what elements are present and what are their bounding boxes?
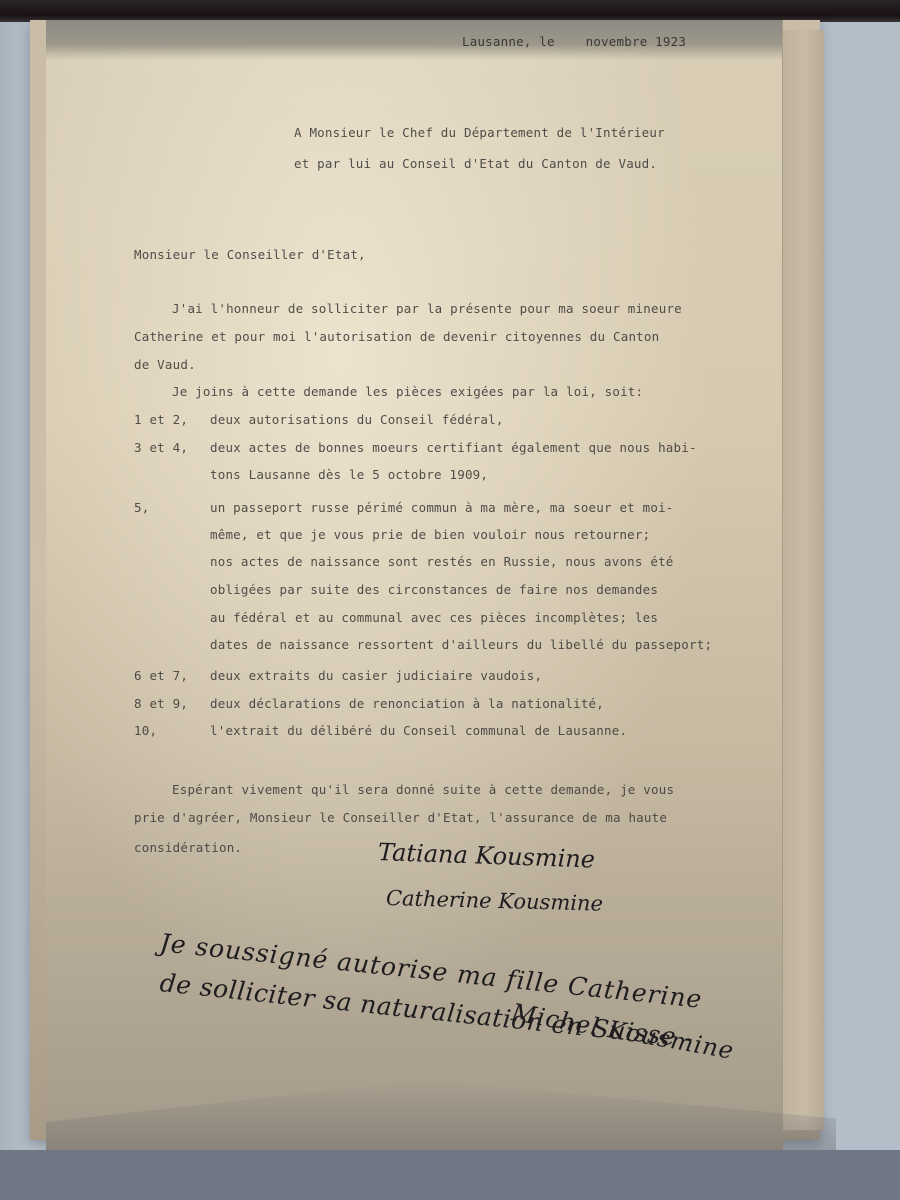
enclosure-number: 6 et 7, (134, 668, 188, 683)
enclosure-number: 1 et 2, (134, 412, 188, 427)
dark-top-band (0, 0, 900, 22)
enclosure-text: l'extrait du délibéré du Conseil communa… (210, 723, 627, 738)
enclosure-text: deux déclarations de renonciation à la n… (210, 696, 604, 711)
enclosure-number: 5, (134, 500, 149, 515)
enclosure-text: au fédéral et au communal avec ces pièce… (210, 610, 658, 625)
enclosure-text: un passeport russe périmé commun à ma mè… (210, 500, 674, 515)
enclosure-text: même, et que je vous prie de bien vouloi… (210, 527, 650, 542)
date-line: Lausanne, le novembre 1923 (462, 34, 686, 49)
enclosure-text: deux extraits du casier judiciaire vaudo… (210, 668, 542, 683)
intro-line: Catherine et pour moi l'autorisation de … (134, 329, 659, 344)
intro-line: J'ai l'honneur de solliciter par la prés… (172, 301, 682, 316)
stacked-paper-edge (776, 30, 824, 1130)
enclosures-intro: Je joins à cette demande les pièces exig… (172, 384, 643, 399)
enclosure-number: 8 et 9, (134, 696, 188, 711)
enclosure-text: dates de naissance ressortent d'ailleurs… (210, 637, 712, 652)
background-surface (0, 1150, 900, 1200)
enclosure-text: deux actes de bonnes moeurs certifiant é… (210, 440, 697, 455)
intro-line: de Vaud. (134, 357, 196, 372)
salutation: Monsieur le Conseiller d'Etat, (134, 247, 366, 262)
closing-line: prie d'agréer, Monsieur le Conseiller d'… (134, 810, 667, 825)
enclosure-number: 3 et 4, (134, 440, 188, 455)
addressee-line: A Monsieur le Chef du Département de l'I… (294, 125, 665, 140)
enclosure-text: tons Lausanne dès le 5 octobre 1909, (210, 467, 488, 482)
closing-line: considération. (134, 840, 242, 855)
closing-line: Espérant vivement qu'il sera donné suite… (172, 782, 674, 797)
enclosure-text: deux autorisations du Conseil fédéral, (210, 412, 504, 427)
addressee-line: et par lui au Conseil d'Etat du Canton d… (294, 156, 657, 171)
enclosure-text: nos actes de naissance sont restés en Ru… (210, 554, 674, 569)
enclosure-number: 10, (134, 723, 157, 738)
enclosure-text: obligées par suite des circonstances de … (210, 582, 658, 597)
